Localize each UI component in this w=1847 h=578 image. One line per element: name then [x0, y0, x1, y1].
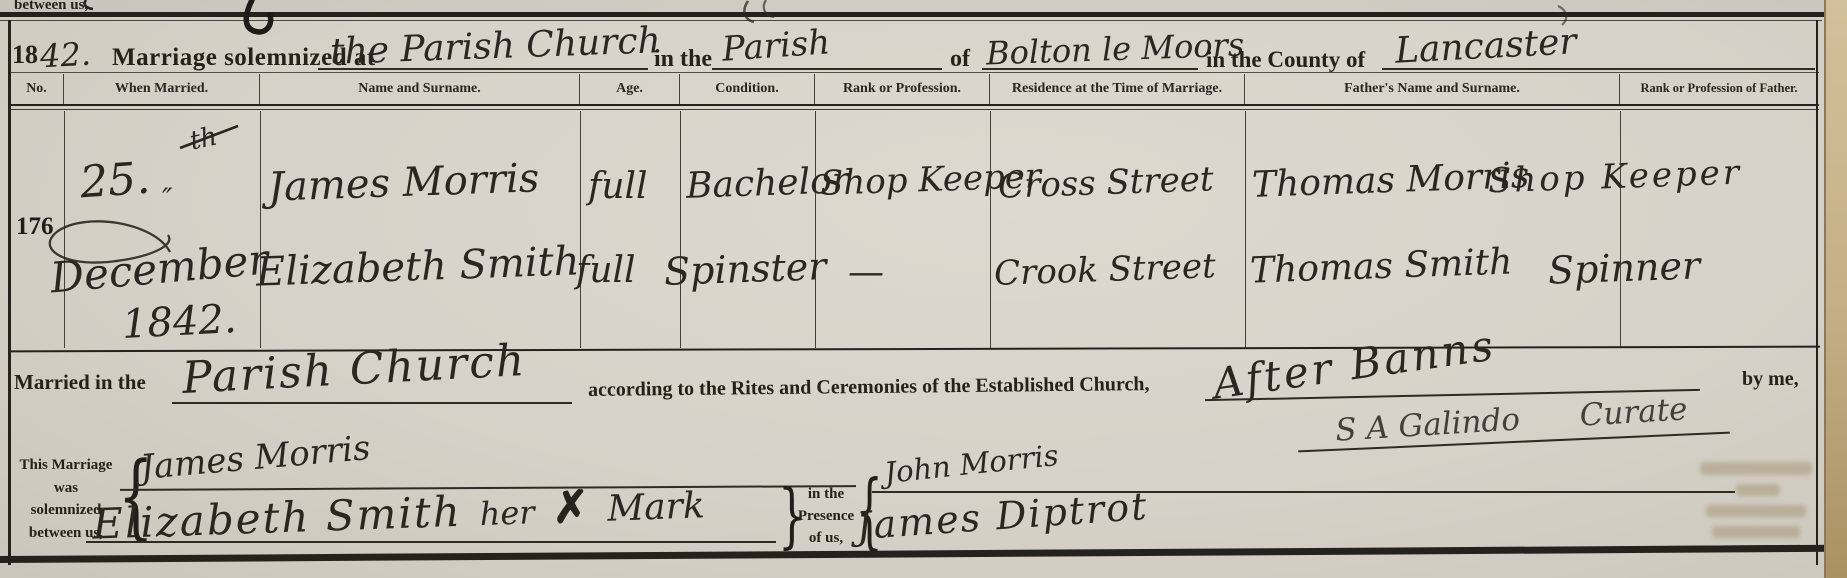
col-header-no: No. — [10, 74, 64, 104]
place-of-marriage-entry: the Parish Church — [329, 20, 661, 73]
groom-signature: James Morris — [139, 428, 372, 488]
bride-age-cell: full — [576, 250, 636, 291]
bride-x-mark: ✗ — [552, 481, 591, 533]
witness2-signature: James Diptrot — [855, 484, 1150, 548]
bride-father-rank-cell: Spinner — [1547, 243, 1701, 292]
col-header-rank-profession: Rank or Profession. — [815, 74, 990, 104]
according-to-rites-label: according to the Rites and Ceremonies of… — [588, 373, 1150, 402]
witness1-signature: John Morris — [883, 438, 1060, 490]
table-column-divider — [680, 111, 681, 348]
heading-of-label: of — [950, 46, 970, 73]
parish-underline — [712, 68, 942, 70]
col-header-father-name: Father's Name and Surname. — [1245, 74, 1620, 104]
entry-month: December — [48, 235, 270, 303]
table-column-divider — [1620, 111, 1621, 348]
bride-name-cell: Elizabeth Smith — [255, 238, 580, 295]
groom-age-cell: full — [588, 166, 648, 207]
entry-day: 25. — [78, 153, 151, 209]
entry-year: 1842. — [121, 296, 238, 348]
show-through-text — [1706, 505, 1806, 517]
parish-word-entry: Parish — [721, 22, 832, 69]
table-column-divider — [580, 111, 581, 348]
table-column-divider — [990, 111, 991, 348]
bottom-thick-rule — [0, 545, 1832, 563]
col-header-condition: Condition. — [680, 74, 815, 104]
col-header-age: Age. — [580, 74, 680, 104]
entry-day-suffix: th — [187, 121, 220, 156]
heading-county-label: in the County of — [1206, 47, 1365, 73]
bride-signature-name: Elizabeth Smith — [91, 487, 462, 549]
entry-day-ditto: ″ — [162, 182, 172, 215]
table-column-divider — [64, 111, 65, 348]
bride-father-name-cell: Thomas Smith — [1249, 241, 1513, 291]
bride-condition-cell: Spinster — [663, 244, 827, 294]
groom-name-cell: James Morris — [267, 155, 540, 210]
presence-line2: Presence — [794, 505, 858, 527]
header-double-rule-thin — [10, 109, 1819, 110]
top-thin-rule — [0, 20, 1822, 21]
groom-residence-cell: Cross Street — [997, 159, 1214, 206]
bride-her-word: her — [479, 493, 535, 533]
col-header-father-rank: Rank or Profession of Father. — [1620, 74, 1818, 104]
table-column-divider — [1245, 111, 1246, 348]
show-through-text — [1712, 526, 1800, 538]
groom-father-rank-cell: Shop Keeper — [1487, 153, 1742, 202]
witness1-underline — [872, 491, 1735, 493]
table-column-divider — [260, 111, 261, 348]
col-header-name-surname: Name and Surname. — [260, 74, 580, 104]
married-in-the-label: Married in the — [14, 370, 146, 395]
header-double-rule-thick — [10, 104, 1819, 106]
show-through-text — [1700, 462, 1812, 475]
table-column-divider — [815, 111, 816, 348]
church-entry: Parish Church — [181, 335, 527, 404]
this-marriage-line1: This Marriage — [10, 454, 122, 477]
entry-number: 176 — [16, 213, 54, 241]
bride-residence-cell: Crook Street — [993, 246, 1216, 294]
marriage-register-page: between us, 18 42. Marriage solemnized a… — [0, 0, 1847, 578]
this-marriage-line2: was — [10, 477, 122, 500]
col-header-when-married: When Married. — [64, 74, 260, 104]
presence-line3: of us, — [794, 527, 858, 549]
show-through-text — [1736, 484, 1780, 496]
heading-year-printed: 18 — [12, 40, 38, 70]
presence-label: in the Presence of us, — [794, 483, 858, 549]
book-page-edge — [1824, 0, 1847, 578]
table-top-rule — [10, 72, 1819, 73]
by-me-label: by me, — [1742, 368, 1799, 391]
heading-year-handwritten: 42. — [39, 35, 92, 76]
officiant-title: Curate — [1579, 391, 1689, 434]
heading-in-the-label: in the — [654, 46, 712, 73]
top-shade — [0, 0, 1847, 12]
county-entry: Lancaster — [1394, 21, 1578, 71]
church-underline — [172, 402, 572, 404]
top-thick-rule — [0, 12, 1847, 17]
bride-mark-word: Mark — [607, 485, 706, 529]
col-header-residence: Residence at the Time of Marriage. — [990, 74, 1245, 104]
table-header-row: No. When Married. Name and Surname. Age.… — [10, 74, 1818, 104]
bride-rank-cell: — — [848, 252, 884, 293]
presence-line1: in the — [794, 483, 858, 505]
